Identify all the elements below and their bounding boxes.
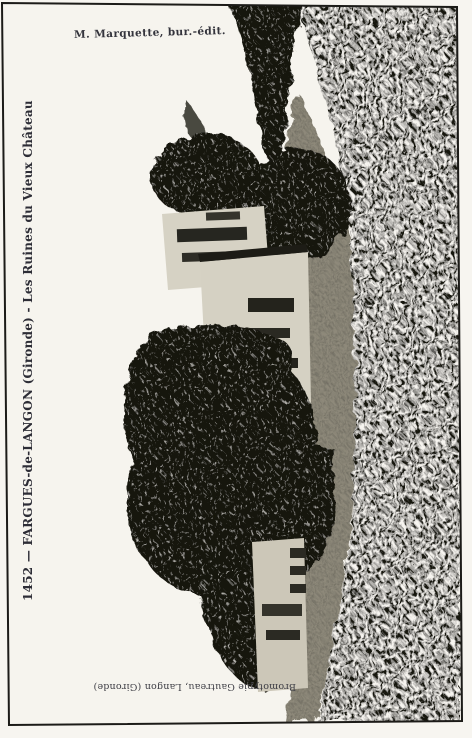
ruins-photo [0, 0, 472, 738]
printer-credit: Bromotypie Gautreau, Langon (Gironde) [84, 681, 296, 692]
postcard-scan: M. Marquette, bur.-édit. 1452 — FARGUES-… [0, 0, 472, 738]
paper-speckle [0, 0, 472, 738]
caption-title: 1452 — FARGUES-de-LANGON (Gironde) - Les… [21, 100, 35, 601]
